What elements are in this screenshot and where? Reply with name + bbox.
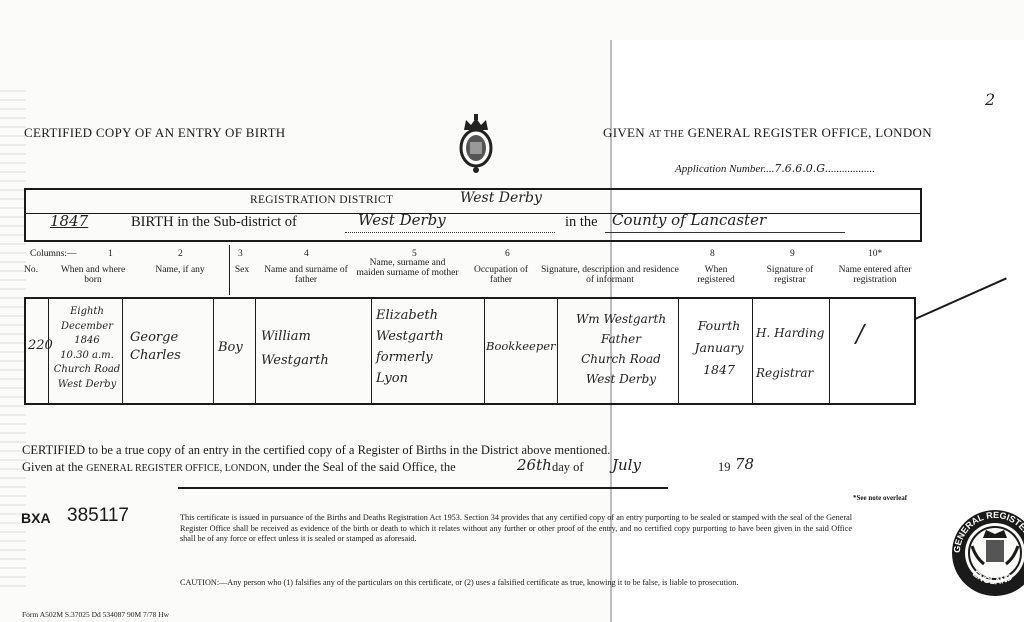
- handwritten-line: H. Harding: [756, 313, 830, 353]
- handwritten-line: Registrar: [756, 353, 830, 393]
- handwritten-line: Charles: [130, 347, 181, 365]
- cell-divider: [122, 299, 123, 403]
- column-header: Name, surname and maiden surname of moth…: [355, 258, 460, 278]
- handwritten-line: William: [261, 325, 329, 349]
- handwritten-line: Father: [566, 329, 676, 349]
- cell-divider: [371, 299, 372, 403]
- serial-prefix: BXA: [21, 510, 51, 526]
- handwritten-line: December: [52, 320, 122, 335]
- column-header: Signature of registrar: [750, 265, 830, 285]
- cell-divider: [557, 299, 558, 403]
- handwritten-line: January: [686, 337, 752, 359]
- certification-rule: [178, 487, 668, 489]
- given-statement: Given at the GENERAL REGISTER OFFICE, LO…: [22, 460, 456, 475]
- registration-district-label: REGISTRATION DISTRICT: [250, 194, 393, 206]
- handwritten-line: Westgarth: [261, 349, 329, 373]
- in-the-label: in the: [565, 214, 598, 231]
- column-header: Sex: [230, 265, 254, 275]
- handwritten-line: Church Road: [566, 349, 676, 369]
- handwritten-line: 1847: [686, 359, 752, 381]
- cell-divider: [752, 299, 753, 403]
- column-number: 10*: [868, 249, 882, 259]
- certified-year-prefix: 19: [718, 460, 731, 475]
- serial-number: 385117: [67, 505, 129, 527]
- entry-number: 220: [28, 339, 53, 353]
- column-number: 6: [505, 249, 510, 259]
- legal-notice: This certificate is issued in pursuance …: [180, 513, 852, 545]
- handwritten-line: 1846: [52, 334, 122, 349]
- birth-subdistrict-label: BIRTH in the Sub-district of: [131, 214, 297, 231]
- entry-row: 220 EighthDecember184610.30 a.m.Church R…: [24, 297, 916, 405]
- cell-divider: [678, 299, 679, 403]
- subdistrict-value: West Derby: [358, 211, 446, 229]
- entry-sex: Boy: [218, 341, 243, 355]
- columns-prefix: Columns:—: [30, 249, 76, 259]
- column-number: 3: [238, 249, 243, 259]
- office-title-prefix: GIVEN: [603, 125, 645, 140]
- entry-when-registered: FourthJanuary1847: [686, 315, 752, 381]
- caution-notice: CAUTION:—Any person who (1) falsifies an…: [180, 578, 852, 589]
- handwritten-line: West Derby: [566, 369, 676, 389]
- office-title: GIVEN AT THE GENERAL REGISTER OFFICE, LO…: [603, 125, 932, 141]
- column-number: 2: [178, 249, 183, 259]
- certificate-title: CERTIFIED COPY OF AN ENTRY OF BIRTH: [24, 125, 286, 141]
- county-underline: [605, 232, 845, 233]
- certified-year-value: 78: [735, 455, 754, 473]
- day-of-label: day of: [552, 460, 584, 475]
- column-number: 4: [304, 249, 309, 259]
- royal-crest-icon: [456, 114, 496, 174]
- entry-name: GeorgeCharles: [130, 329, 181, 365]
- handwritten-line: Church Road: [52, 363, 122, 378]
- column-header: Occupation of father: [470, 265, 532, 285]
- entry-mother: ElizabethWestgarthformerlyLyon: [376, 305, 482, 389]
- column-header: When and where born: [58, 265, 128, 285]
- application-value: 7.6.6.0.G.: [774, 162, 828, 175]
- handwritten-line: Lyon: [376, 368, 482, 389]
- given-prefix: Given at the: [22, 460, 83, 474]
- given-office: GENERAL REGISTER OFFICE, LONDON,: [86, 463, 269, 474]
- cell-divider: [484, 299, 485, 403]
- handwritten-line: 10.30 a.m.: [52, 349, 122, 364]
- cell-divider: [213, 299, 214, 403]
- general-register-seal-icon: GENERAL REGISTER ENGLAND: [950, 508, 1024, 598]
- column-header: Name entered after registration: [830, 265, 920, 285]
- column-header: No.: [24, 265, 46, 275]
- handwritten-line: George: [130, 329, 181, 347]
- entry-name-after-registration: /: [856, 327, 864, 341]
- handwritten-line: Wm Westgarth: [566, 309, 676, 329]
- certified-day: 26th: [517, 456, 552, 474]
- form-reference: Form A502M S.37025 Dd 534087 90M 7/78 Hw: [22, 610, 169, 619]
- office-title-main: GENERAL REGISTER OFFICE, LONDON: [688, 125, 932, 140]
- county-value: County of Lancaster: [612, 211, 766, 229]
- column-header: When registered: [685, 265, 747, 285]
- page-mark: 2: [985, 90, 995, 109]
- handwritten-line: formerly: [376, 347, 482, 368]
- handwritten-line: Westgarth: [376, 326, 482, 347]
- handwritten-line: Fourth: [686, 315, 752, 337]
- entry-registrar-signature: H. HardingRegistrar: [756, 313, 830, 393]
- handwritten-line: West Derby: [52, 378, 122, 393]
- registration-district-value: West Derby: [460, 190, 542, 206]
- column-separator: [229, 245, 230, 295]
- subdistrict-underline: [345, 232, 555, 233]
- column-number: 8: [710, 249, 715, 259]
- application-number: Application Number....7.6.6.0.G.........…: [675, 162, 875, 175]
- entry-informant: Wm WestgarthFatherChurch RoadWest Derby: [566, 309, 676, 389]
- certified-month: July: [612, 456, 641, 474]
- column-header: Name, if any: [135, 265, 225, 275]
- entry-father: WilliamWestgarth: [261, 325, 329, 373]
- office-title-at-the: AT THE: [649, 129, 685, 140]
- cell-divider: [255, 299, 256, 403]
- handwritten-line: Elizabeth: [376, 305, 482, 326]
- column-header: Signature, description and residence of …: [540, 265, 680, 285]
- column-number: 1: [108, 249, 113, 259]
- handwritten-line: Eighth: [52, 305, 122, 320]
- entry-when-where-born: EighthDecember184610.30 a.m.Church RoadW…: [52, 305, 122, 392]
- see-note-overleaf: *See note overleaf: [853, 494, 907, 502]
- column-number: 9: [790, 249, 795, 259]
- entry-occupation: Bookkeeper: [486, 339, 556, 353]
- application-label: Application Number: [675, 163, 763, 175]
- registration-year: 1847: [50, 212, 88, 230]
- column-header: Name and surname of father: [256, 265, 356, 285]
- given-suffix: under the Seal of the said Office, the: [273, 460, 456, 474]
